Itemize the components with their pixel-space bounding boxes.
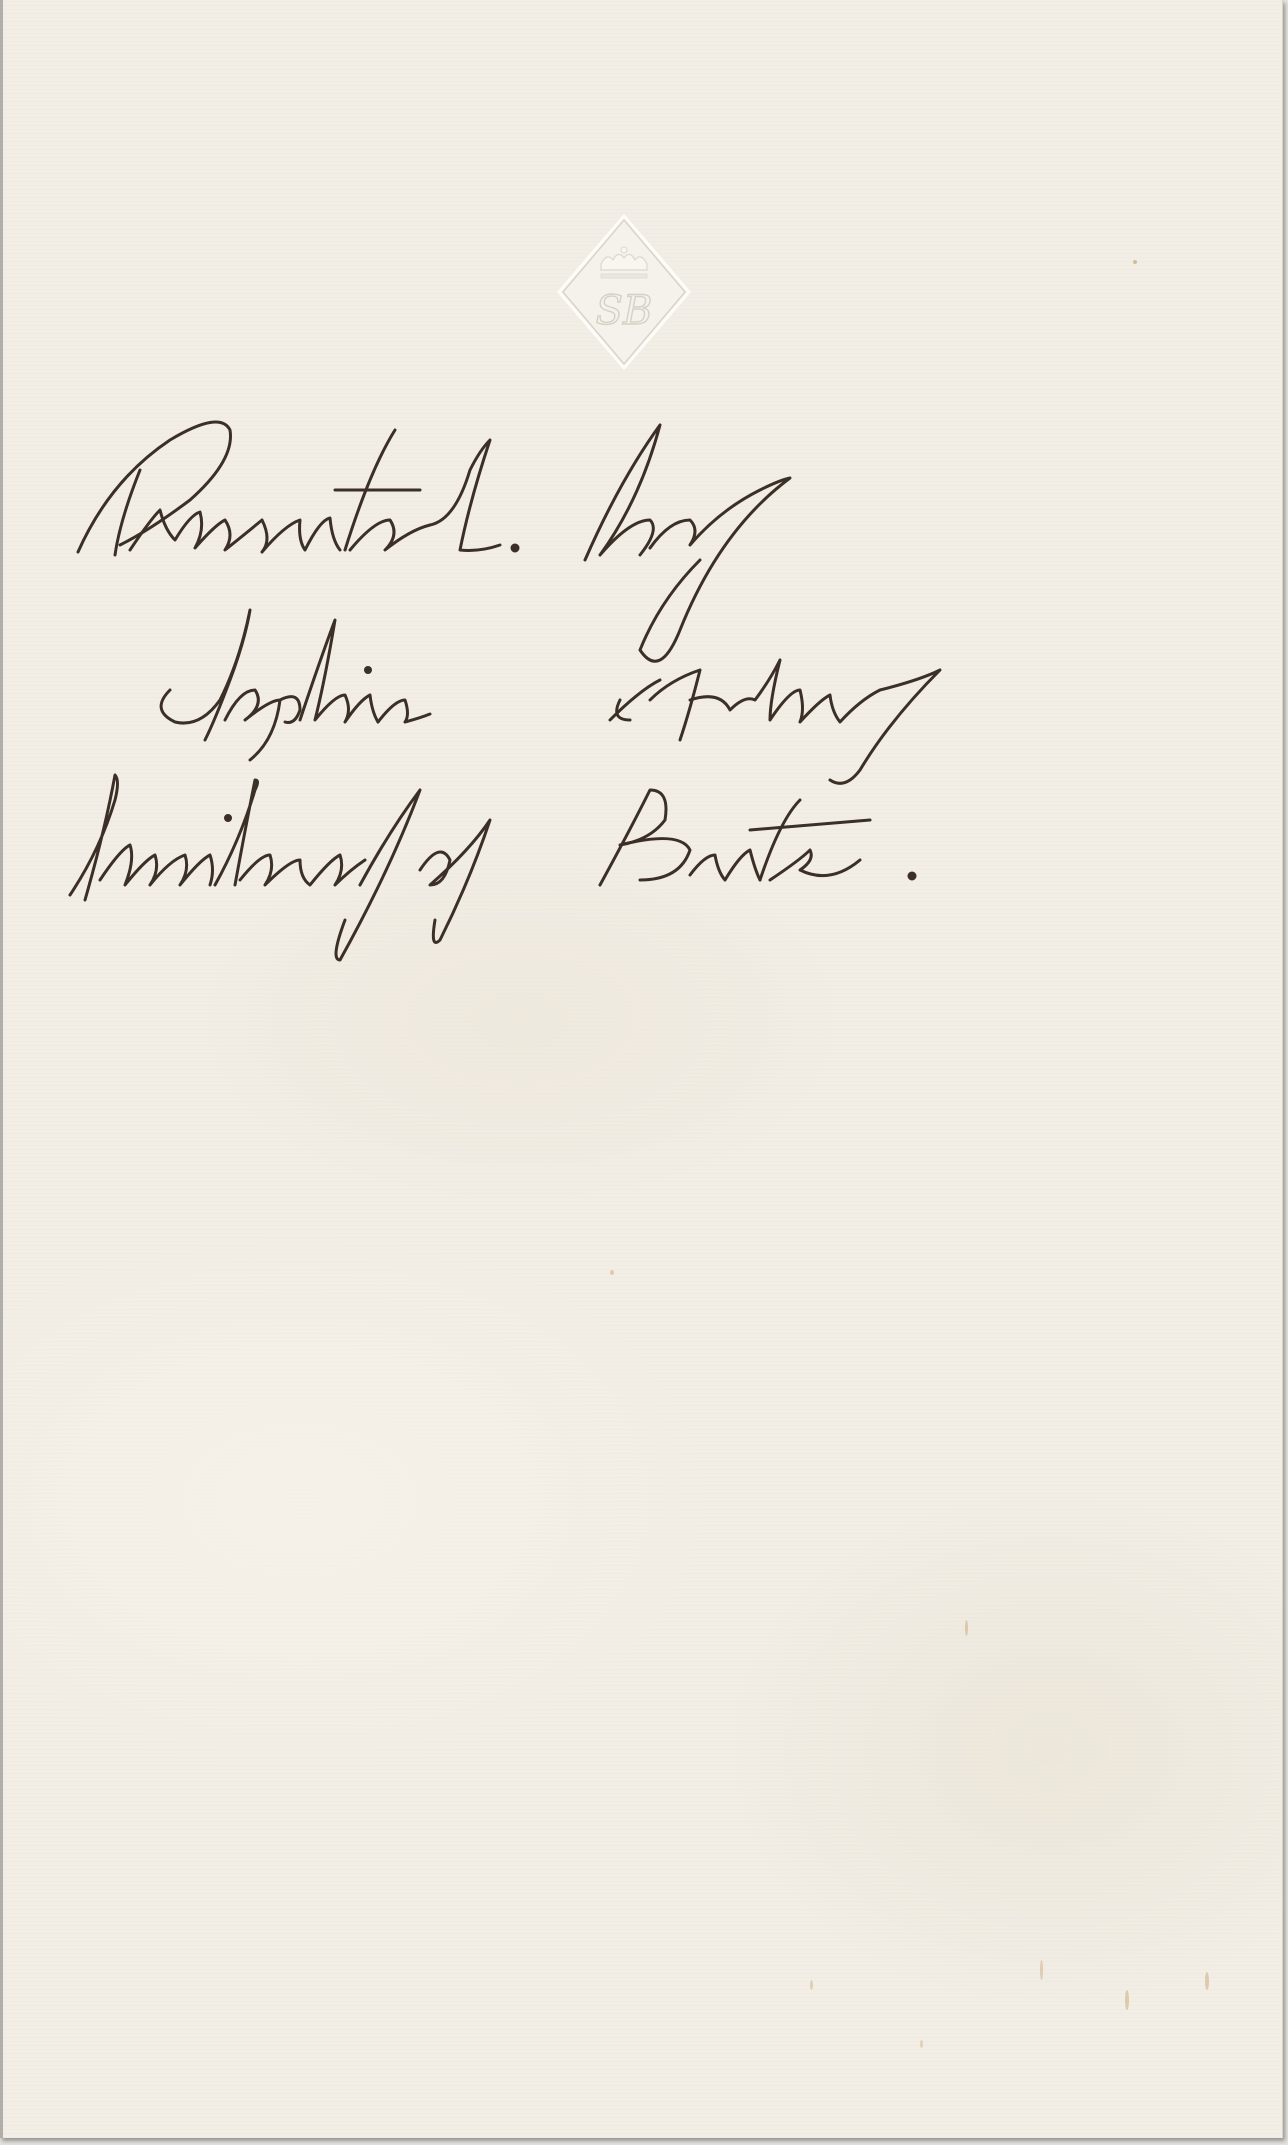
document-page: SB [0,0,1283,2138]
handwritten-inscription [0,0,1282,1000]
foxing-spot [1040,1960,1043,1980]
foxing-spot [965,1620,968,1636]
foxing-spot [1133,260,1137,264]
foxing-spot [610,1270,614,1275]
foxing-spot [920,2040,923,2048]
foxing-spot [1125,1990,1129,2010]
foxing-spot [810,1980,813,1990]
foxing-spot [1205,1972,1209,1990]
